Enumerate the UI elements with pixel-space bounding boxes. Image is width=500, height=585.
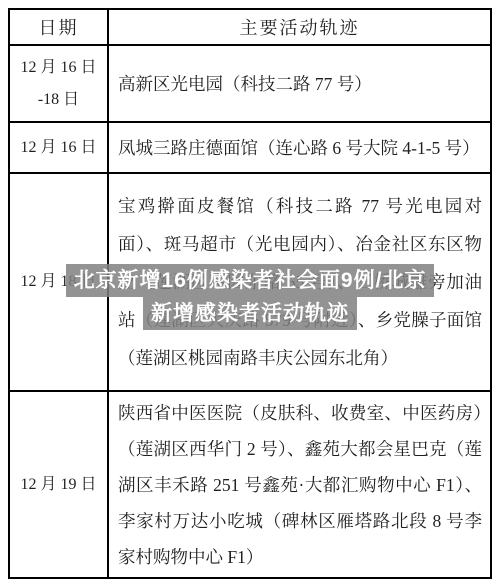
table-header-row: 日期 主要活动轨迹 bbox=[9, 9, 491, 45]
trajectory-table-image: 日期 主要活动轨迹 12 月 16 日 -18 日 高新区光电园（科技二路 77… bbox=[0, 0, 500, 585]
date-cell: 12 月 16 日 bbox=[9, 122, 108, 173]
activity-cell: 宝鸡擀面皮餐馆（科技二路 77 号光电园对面）、斑马超市（光电园内）、冶金社区东… bbox=[108, 173, 491, 391]
activity-cell: 陕西省中医医院（皮肤科、收费室、中医药房）（莲湖区西华门 2 号）、鑫苑大都会星… bbox=[108, 391, 491, 578]
activity-column-header: 主要活动轨迹 bbox=[108, 9, 491, 45]
table-row: 12 月 16 日 -18 日 高新区光电园（科技二路 77 号） bbox=[9, 45, 491, 122]
activity-table: 日期 主要活动轨迹 12 月 16 日 -18 日 高新区光电园（科技二路 77… bbox=[8, 8, 492, 579]
date-cell: 12 月 18 日 bbox=[9, 173, 108, 391]
date-column-header: 日期 bbox=[9, 9, 108, 45]
date-cell: 12 月 19 日 bbox=[9, 391, 108, 578]
date-cell: 12 月 16 日 -18 日 bbox=[9, 45, 108, 122]
table-row: 12 月 16 日 凤城三路庄德面馆（连心路 6 号大院 4-1-5 号） bbox=[9, 122, 491, 173]
table-row: 12 月 18 日 宝鸡擀面皮餐馆（科技二路 77 号光电园对面）、斑马超市（光… bbox=[9, 173, 491, 391]
activity-cell: 凤城三路庄德面馆（连心路 6 号大院 4-1-5 号） bbox=[108, 122, 491, 173]
activity-cell: 高新区光电园（科技二路 77 号） bbox=[108, 45, 491, 122]
table-row: 12 月 19 日 陕西省中医医院（皮肤科、收费室、中医药房）（莲湖区西华门 2… bbox=[9, 391, 491, 578]
